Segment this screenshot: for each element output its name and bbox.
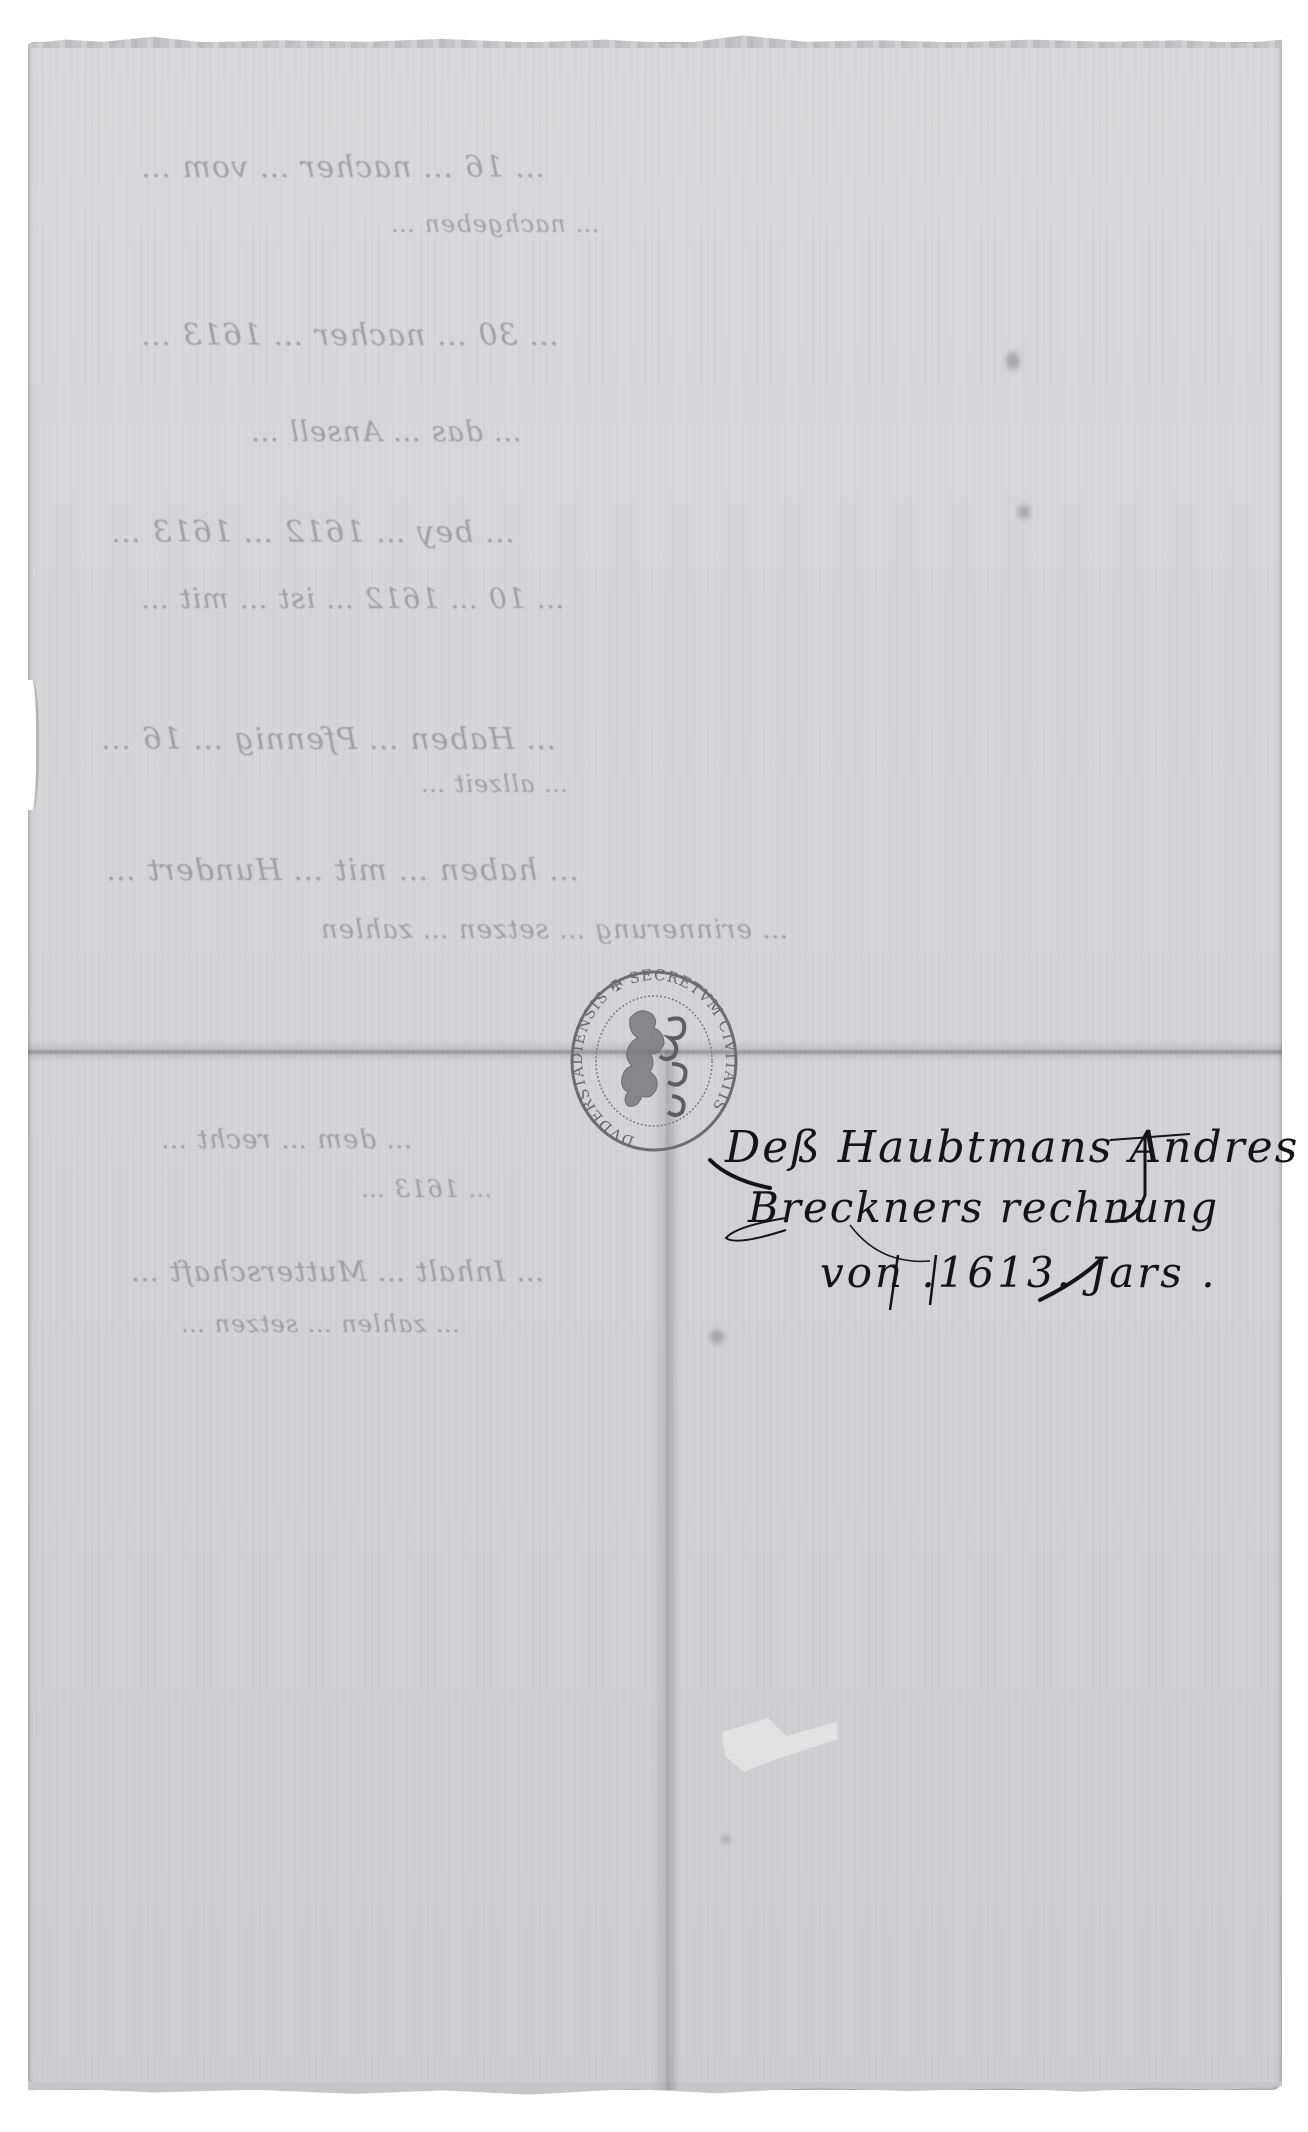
endorsement-line-2: Breckners rechnung (748, 1183, 1219, 1232)
bleed-through-line: … 1613 … (360, 1175, 492, 1203)
bleed-through-line: … zahlen … setzen … (180, 1310, 460, 1338)
vertical-fold-line (652, 1050, 680, 2090)
bleed-through-line: … dem … recht … (160, 1125, 412, 1155)
bleed-through-line: … Haben … Pfennig … 16 … (100, 722, 556, 757)
endorsement-line-3: von .1613. Jars . (820, 1248, 1218, 1297)
bleed-through-line: … erinnerung … setzen … zahlen (320, 915, 788, 945)
bleed-through-line: … 30 … nacher … 1613 … (140, 318, 559, 353)
bleed-through-line: … 10 … 1612 … ist … mit … (140, 582, 564, 615)
bleed-through-line: … haben … mit … Hundert … (105, 853, 579, 888)
ink-spot (722, 1835, 730, 1843)
bleed-through-line: … 16 … nacher … vom … (140, 150, 545, 185)
endorsement-line-1: Deß Haubtmans Andres (725, 1122, 1299, 1173)
bleed-through-line: … bey … 1612 … 1613 … (110, 515, 515, 550)
bleed-through-line: … das … Ansell … (250, 415, 522, 448)
lion-rampant-icon (622, 1011, 686, 1115)
ink-spot (1018, 505, 1030, 519)
ink-spot (1006, 352, 1020, 370)
bleed-through-line: … allzeit … (420, 770, 568, 798)
left-edge-notch (22, 680, 39, 810)
paper-top-deckle-edge (28, 34, 1282, 48)
bleed-through-line: … Inhalt … Mutterschaft … (130, 1255, 544, 1288)
bleed-through-line: … nachgeben … (390, 210, 600, 238)
